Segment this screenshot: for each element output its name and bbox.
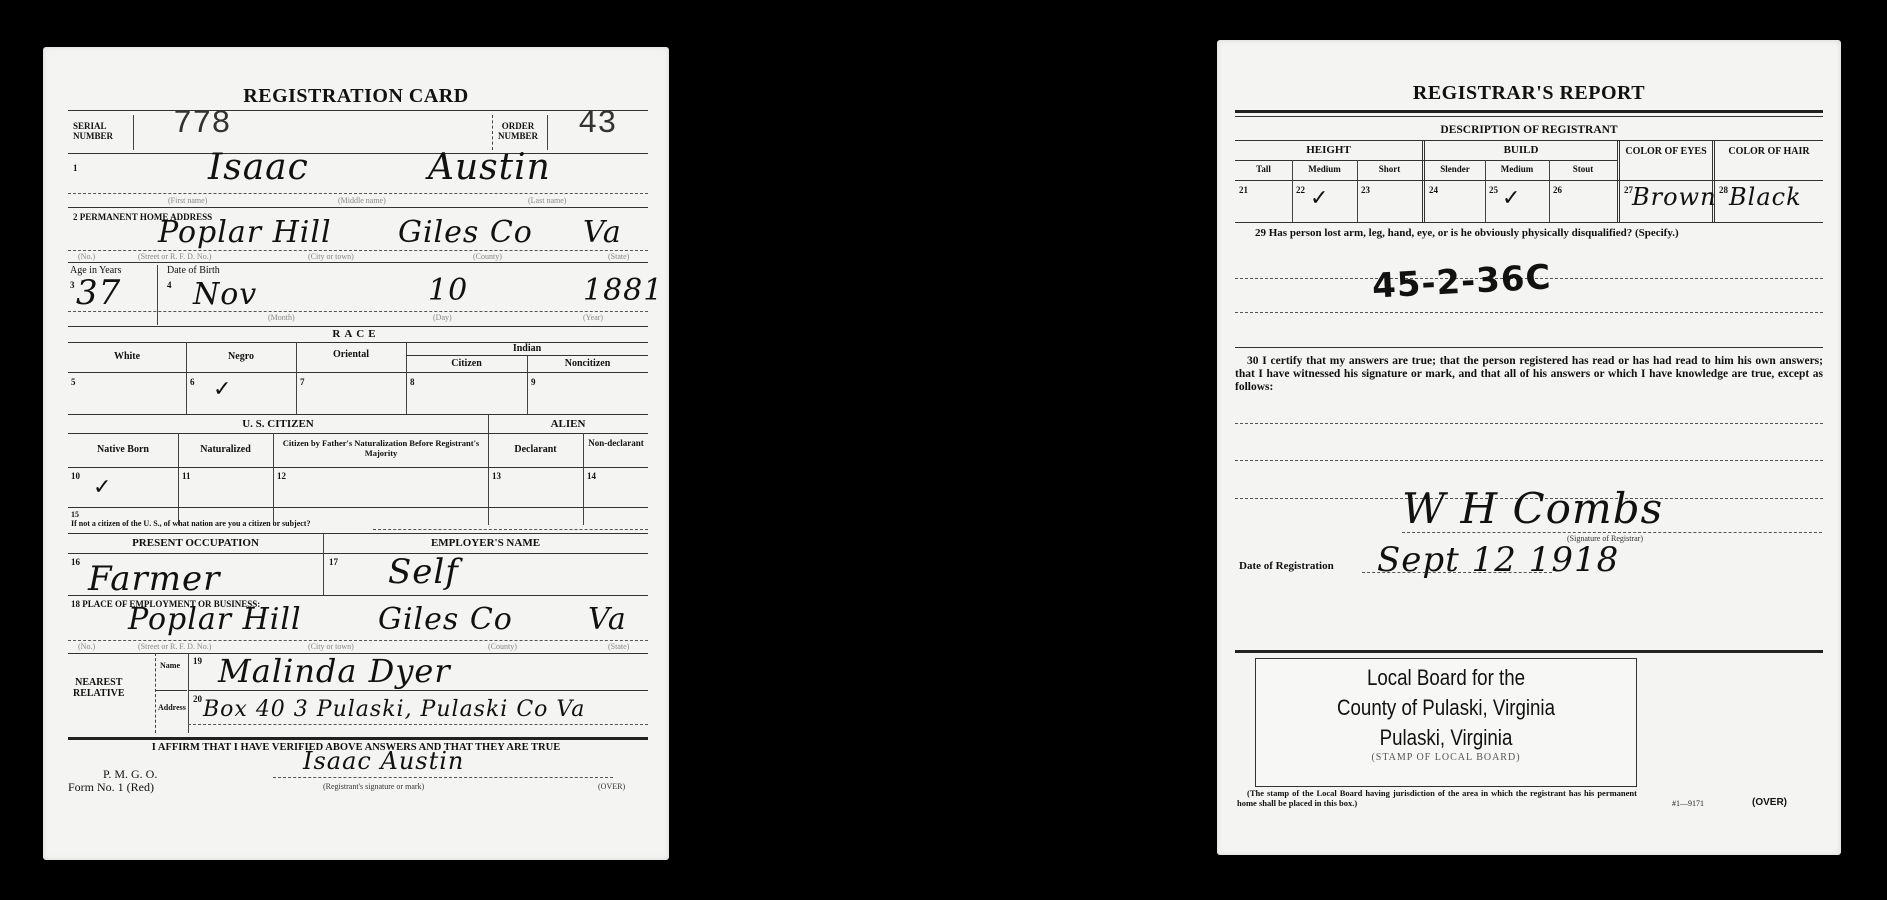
- stamp-line: County of Pulaski, Virginia: [1285, 695, 1608, 721]
- height-tall-label: Tall: [1235, 164, 1292, 174]
- employment-city: Poplar Hill: [128, 602, 302, 637]
- indian-label: Indian: [406, 343, 648, 354]
- build-slender-label: Slender: [1425, 164, 1485, 174]
- serial-number: 778: [173, 105, 231, 142]
- item-number: 21: [1239, 185, 1248, 195]
- registration-card: REGISTRATION CARD SERIAL NUMBER 778 ORDE…: [43, 47, 669, 860]
- card-title: REGISTRATION CARD: [43, 85, 669, 108]
- divider: [1235, 423, 1823, 424]
- divider: [155, 653, 156, 733]
- caption: (First name): [168, 196, 207, 205]
- divider: [68, 640, 648, 641]
- order-label: ORDER NUMBER: [498, 121, 538, 141]
- alien-title: ALIEN: [488, 418, 648, 430]
- relative-address: Box 40 3 Pulaski, Pulaski Co Va: [203, 697, 585, 722]
- divider: [188, 653, 189, 733]
- dob-year: 1881: [583, 273, 663, 308]
- divider: [1235, 140, 1823, 141]
- divider: [133, 115, 134, 150]
- item-number: 16: [71, 557, 80, 567]
- caption: (Street or R. F. D. No.): [138, 252, 211, 261]
- caption: (County): [473, 252, 502, 261]
- caption: (State): [608, 252, 629, 261]
- height-short-label: Short: [1357, 164, 1422, 174]
- registrant-signature: Isaac Austin: [303, 747, 464, 775]
- certification-statement: 30 I certify that my answers are true; t…: [1235, 355, 1823, 394]
- serial-label: SERIAL NUMBER: [73, 121, 113, 141]
- item-number: 8: [410, 377, 415, 387]
- disqualification-question: 29 Has person lost arm, leg, hand, eye, …: [1235, 227, 1823, 240]
- race-white-label: White: [68, 351, 186, 362]
- divider: [68, 737, 648, 740]
- registration-date: Sept 12 1918: [1377, 540, 1619, 580]
- divider: [155, 690, 187, 691]
- caption: (City or town): [308, 642, 354, 651]
- divider: [68, 311, 648, 312]
- item-number: 13: [492, 471, 501, 481]
- dob-label: Date of Birth: [167, 265, 220, 276]
- us-citizen-title: U. S. CITIZEN: [68, 418, 488, 430]
- home-address-city: Poplar Hill: [158, 215, 332, 250]
- divider: [68, 507, 648, 508]
- item-number: 1: [73, 163, 78, 173]
- native-born-checkmark: ✓: [93, 475, 111, 500]
- item-number: 15: [71, 510, 79, 519]
- local-board-stamp-box: Local Board for the County of Pulaski, V…: [1255, 658, 1637, 787]
- build-header: BUILD: [1425, 144, 1617, 156]
- build-stout-label: Stout: [1549, 164, 1617, 174]
- relative-name-label: Name: [160, 661, 180, 670]
- item-number: 20: [193, 694, 202, 704]
- item-number: 28: [1719, 185, 1728, 195]
- registration-date-label: Date of Registration: [1239, 560, 1334, 572]
- employment-county: Giles Co: [378, 602, 513, 637]
- item-number: 17: [329, 557, 338, 567]
- caption: (Last name): [528, 196, 566, 205]
- first-name: Isaac: [208, 147, 309, 188]
- divider: [68, 467, 648, 468]
- eye-color-value: Brown: [1632, 183, 1717, 211]
- divider: [1235, 347, 1823, 348]
- classification-stamp: 45-2-36C: [1371, 257, 1552, 306]
- height-header: HEIGHT: [1235, 144, 1422, 156]
- nationality-question: If not a citizen of the U. S., of what n…: [71, 519, 310, 528]
- divider: [157, 265, 158, 325]
- caption: (Street or R. F. D. No.): [138, 642, 211, 651]
- native-born-label: Native Born: [68, 444, 178, 455]
- divider: [68, 433, 648, 434]
- caption: (State): [608, 642, 629, 651]
- eyes-header: COLOR OF EYES: [1620, 146, 1712, 157]
- item-number: 10: [71, 471, 80, 481]
- dob-month: Nov: [193, 277, 257, 312]
- divider: [68, 414, 648, 415]
- divider: [1402, 532, 1822, 533]
- divider: [68, 193, 648, 194]
- item-number: 11: [182, 471, 191, 481]
- divider: [68, 553, 648, 554]
- item-number: 3: [70, 280, 75, 290]
- item-number: 24: [1429, 185, 1438, 195]
- caption: (Middle name): [338, 196, 386, 205]
- divider: [68, 250, 648, 251]
- form-number: Form No. 1 (Red): [68, 780, 154, 795]
- divider: [68, 326, 648, 327]
- over-label: (OVER): [598, 782, 625, 791]
- over-label: (OVER): [1752, 797, 1787, 808]
- item-number: 4: [167, 280, 172, 290]
- item-number: 26: [1553, 185, 1562, 195]
- divider: [1235, 460, 1823, 461]
- divider: [1235, 180, 1823, 181]
- divider: [583, 433, 584, 525]
- divider: [273, 433, 274, 525]
- home-address-county: Giles Co: [398, 215, 533, 250]
- race-negro-checkmark: ✓: [213, 377, 231, 402]
- race-oriental-label: Oriental: [296, 349, 406, 360]
- caption: (Registrant's signature or mark): [323, 782, 424, 791]
- declarant-label: Declarant: [488, 444, 583, 455]
- divider: [68, 207, 648, 208]
- dob-day: 10: [428, 273, 468, 308]
- item-number: 7: [300, 377, 305, 387]
- item-number: 5: [71, 377, 76, 387]
- divider: [1235, 110, 1823, 113]
- caption: (County): [488, 642, 517, 651]
- registrar-signature: W H Combs: [1402, 484, 1663, 533]
- home-address-state: Va: [583, 215, 622, 250]
- employment-state: Va: [588, 602, 627, 637]
- occupation-value: Farmer: [88, 559, 220, 599]
- stamp-line: Pulaski, Virginia: [1285, 725, 1608, 751]
- card-title: REGISTRAR'S REPORT: [1217, 82, 1841, 105]
- item-number: 9: [531, 377, 536, 387]
- caption: (Year): [583, 313, 603, 322]
- item-number: 23: [1361, 185, 1370, 195]
- registrars-report-card: REGISTRAR'S REPORT DESCRIPTION OF REGIST…: [1217, 40, 1841, 855]
- divider: [188, 690, 648, 691]
- relative-address-label: Address: [158, 703, 186, 712]
- naturalized-label: Naturalized: [178, 444, 273, 455]
- age-value: 37: [76, 273, 121, 313]
- race-title: RACE: [43, 328, 669, 340]
- caption: (Day): [433, 313, 452, 322]
- item-number: 6: [190, 377, 195, 387]
- stamp-line: Local Board for the: [1285, 665, 1608, 691]
- divider: [68, 262, 648, 263]
- caption: (No.): [78, 252, 95, 261]
- last-name: Austin: [428, 147, 551, 188]
- divider: [68, 110, 648, 111]
- race-indian-noncitizen-label: Noncitizen: [527, 358, 648, 369]
- race-indian-citizen-label: Citizen: [406, 358, 527, 369]
- divider: [68, 533, 648, 534]
- citizen-by-father-label: Citizen by Father's Naturalization Befor…: [275, 438, 487, 458]
- divider: [488, 415, 489, 525]
- item-number: 19: [193, 656, 202, 666]
- item-number: 22: [1296, 185, 1305, 195]
- form-code: #1—9171: [1672, 799, 1704, 808]
- divider: [1235, 116, 1823, 117]
- description-title: DESCRIPTION OF REGISTRANT: [1217, 124, 1841, 136]
- employer-value: Self: [388, 552, 459, 592]
- order-number: 43: [578, 105, 616, 142]
- divider: [1235, 312, 1823, 313]
- build-medium-label: Medium: [1485, 164, 1549, 174]
- non-declarant-label: Non-declarant: [585, 438, 647, 448]
- height-medium-label: Medium: [1292, 164, 1357, 174]
- relative-name: Malinda Dyer: [218, 652, 451, 690]
- divider: [323, 533, 324, 595]
- divider: [1235, 222, 1823, 223]
- employer-header: EMPLOYER'S NAME: [323, 537, 648, 549]
- divider: [406, 355, 648, 356]
- divider: [373, 529, 648, 530]
- caption: (No.): [78, 642, 95, 651]
- divider: [273, 777, 613, 778]
- occupation-header: PRESENT OCCUPATION: [68, 537, 323, 549]
- nearest-relative-label: NEAREST RELATIVE: [73, 677, 125, 699]
- caption: (City or town): [308, 252, 354, 261]
- divider: [492, 115, 493, 150]
- hair-header: COLOR OF HAIR: [1715, 146, 1823, 157]
- divider: [547, 115, 548, 150]
- divider: [188, 724, 648, 725]
- race-negro-label: Negro: [186, 351, 296, 362]
- build-medium-checkmark: ✓: [1502, 186, 1520, 211]
- hair-color-value: Black: [1729, 183, 1802, 211]
- stamp-caption: (STAMP OF LOCAL BOARD): [1256, 752, 1636, 763]
- divider: [1235, 650, 1823, 653]
- item-number: 25: [1489, 185, 1498, 195]
- divider: [68, 372, 648, 373]
- divider: [68, 595, 648, 596]
- height-medium-checkmark: ✓: [1310, 186, 1328, 211]
- divider: [1362, 572, 1552, 573]
- stamp-instructions: (The stamp of the Local Board having jur…: [1237, 788, 1637, 808]
- item-number: 12: [277, 471, 286, 481]
- divider: [68, 153, 648, 154]
- caption: (Month): [268, 313, 295, 322]
- item-number: 14: [587, 471, 596, 481]
